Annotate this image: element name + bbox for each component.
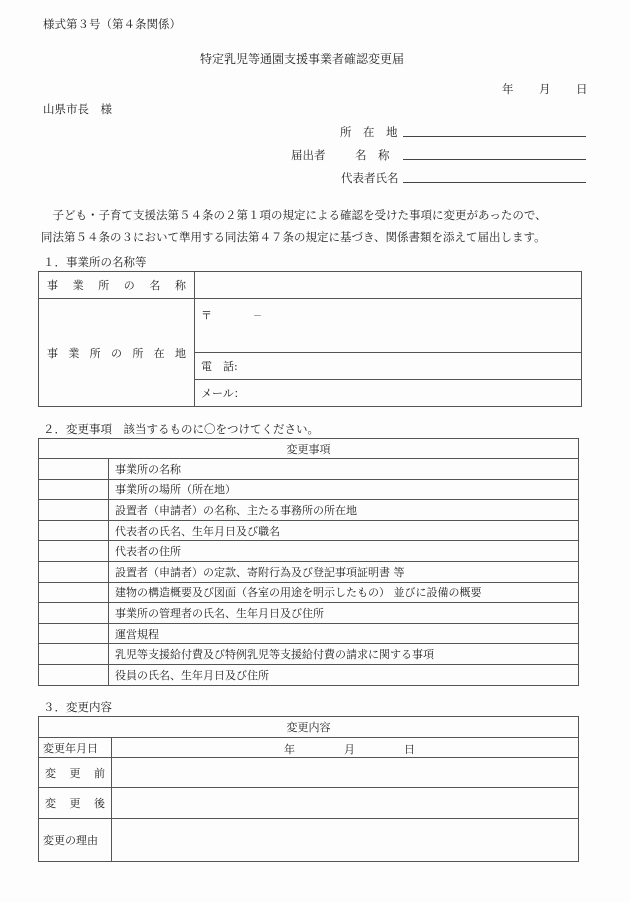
change-items-header: 変更事項 — [39, 439, 579, 459]
before-label: 変 更 前 — [39, 758, 112, 788]
after-field[interactable] — [112, 788, 579, 819]
phone-label: 電 話: — [201, 360, 238, 373]
label-char: 地 — [175, 345, 186, 361]
change-item-label: 代表者の住所 — [109, 541, 579, 562]
name-label: 名 称 — [355, 147, 390, 163]
section2-heading: ２．変更事項 該当するものに〇をつけてください。 — [43, 421, 319, 437]
change-item-mark[interactable] — [39, 520, 109, 541]
before-field[interactable] — [112, 758, 579, 788]
label-char: 事 — [47, 345, 58, 361]
change-items-table: 変更事項 事業所の名称 事業所の場所（所在地） 設置者（申請者）の名称、主たる事… — [38, 438, 579, 686]
label-char: 変 — [45, 765, 56, 781]
change-item-mark[interactable] — [39, 479, 109, 500]
body-text-line2: 同法第５４条の３において準用する同法第４７条の規定に基づき、関係書類を添えて届出… — [41, 229, 546, 245]
label-char: 所 — [90, 345, 101, 361]
label-char: 業 — [68, 345, 79, 361]
change-item-label: 設置者（申請者）の定款、寄附行為及び登記事項証明書 等 — [109, 561, 579, 582]
change-item-label: 事業所の管理者の氏名、生年月日及び住所 — [109, 603, 579, 624]
phone-field[interactable]: 電 話: — [195, 353, 582, 380]
change-item-mark[interactable] — [39, 582, 109, 603]
change-item-mark[interactable] — [39, 541, 109, 562]
representative-field[interactable] — [403, 182, 586, 183]
change-item-mark[interactable] — [39, 644, 109, 665]
change-date-field[interactable]: 年 月 日 — [112, 738, 579, 758]
label-char: 事 — [47, 277, 58, 293]
label-char: 業 — [73, 277, 84, 293]
label-char: 前 — [94, 765, 105, 781]
postal-mark: 〒 — [201, 309, 212, 322]
page-title: 特定乳児等通園支援事業者確認変更届 — [200, 50, 404, 67]
change-date-year: 年 — [284, 741, 295, 757]
change-item-label: 乳児等支援給付費及び特例乳児等支援給付費の請求に関する事項 — [109, 644, 579, 665]
after-label: 変 更 後 — [39, 788, 112, 819]
label-char: 後 — [94, 795, 105, 811]
change-item-label: 建物の構造概要及び図面（各室の用途を明示したもの） 並びに設備の概要 — [109, 582, 579, 603]
change-item-label: 事業所の名称 — [109, 459, 579, 480]
label-char: 名 — [149, 277, 160, 293]
applicant-group-label: 届出者 — [291, 147, 326, 163]
change-item-mark[interactable] — [39, 664, 109, 685]
name-field[interactable] — [403, 159, 586, 160]
section3-heading: ３．変更内容 — [43, 699, 112, 715]
representative-label: 代表者氏名 — [341, 170, 399, 186]
label-char: 更 — [70, 765, 81, 781]
email-label: メール： — [201, 387, 245, 400]
change-item-mark[interactable] — [39, 459, 109, 480]
change-item-label: 運営規程 — [109, 623, 579, 644]
label-char: 在 — [154, 345, 165, 361]
address-field[interactable] — [403, 136, 586, 137]
reason-label: 変更の理由 — [39, 819, 112, 862]
change-item-label: 事業所の場所（所在地） — [109, 479, 579, 500]
facility-name-field[interactable] — [195, 272, 582, 299]
change-date-day: 日 — [404, 741, 415, 757]
change-item-mark[interactable] — [39, 603, 109, 624]
body-text-line1: 子ども・子育て支援法第５４条の２第１項の規定による確認を受けた事項に変更があった… — [41, 207, 547, 223]
postal-dash: － — [253, 312, 262, 322]
change-item-mark[interactable] — [39, 500, 109, 521]
label-char: 称 — [175, 277, 186, 293]
postal-address-field[interactable]: 〒 － — [195, 299, 582, 353]
facility-location-label: 事 業 所 の 所 在 地 — [39, 299, 195, 407]
facility-name-label: 事 業 所 の 名 称 — [39, 272, 195, 299]
address-label: 所 在 地 — [340, 124, 398, 140]
form-number: 様式第３号（第４条関係） — [43, 16, 181, 32]
label-char: の — [124, 277, 135, 293]
date-year-label: 年 — [502, 81, 514, 97]
label-char: 更 — [70, 795, 81, 811]
change-item-mark[interactable] — [39, 623, 109, 644]
change-date-label: 変更年月日 — [39, 738, 112, 758]
section1-heading: １．事業所の名称等 — [43, 254, 147, 270]
change-item-label: 設置者（申請者）の名称、主たる事務所の所在地 — [109, 500, 579, 521]
change-date-month: 月 — [344, 741, 355, 757]
change-item-mark[interactable] — [39, 561, 109, 582]
label-char: 所 — [98, 277, 109, 293]
change-details-header: 変更内容 — [39, 717, 579, 738]
reason-field[interactable] — [112, 819, 579, 862]
change-item-label: 役員の氏名、生年月日及び住所 — [109, 664, 579, 685]
change-item-label: 代表者の氏名、生年月日及び職名 — [109, 520, 579, 541]
facility-info-table: 事 業 所 の 名 称 事 業 所 の 所 在 地 〒 － — [38, 271, 582, 407]
addressee: 山県市長 様 — [43, 101, 112, 117]
email-field[interactable]: メール： — [195, 380, 582, 407]
change-details-table: 変更内容 変更年月日 年 月 日 変 更 前 変 更 後 — [38, 716, 579, 862]
label-char: の — [111, 345, 122, 361]
label-char: 変 — [45, 795, 56, 811]
date-month-label: 月 — [539, 81, 551, 97]
label-char: 所 — [132, 345, 143, 361]
date-day-label: 日 — [576, 81, 588, 97]
